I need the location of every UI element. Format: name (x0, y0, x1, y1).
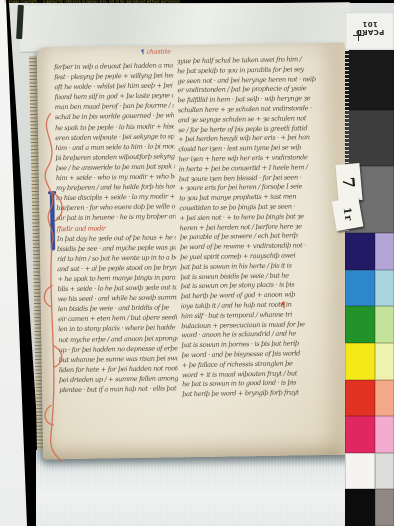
color-patch (345, 306, 375, 343)
digitized-manuscript-photo: ¶ chastite ferþer in wiþ a deuout þei ha… (0, 0, 394, 526)
folio-tab: 7 (335, 163, 362, 202)
color-patch (375, 416, 394, 453)
grayscale-patch (345, 110, 394, 166)
folio-tab-label: 1r (341, 206, 354, 222)
grayscale-patch (345, 50, 394, 110)
color-patch (345, 453, 375, 490)
color-patch (345, 416, 375, 453)
color-patch (345, 233, 375, 270)
color-calibration-bar: PCARD 101 (345, 0, 394, 526)
color-patch (345, 489, 375, 526)
color-patch-row (345, 416, 394, 453)
folio-tab: 1r (332, 197, 364, 231)
text-line: plentee · but if a man haþ not · ellis þ… (59, 383, 178, 395)
folio-tab-label: 7 (339, 176, 359, 189)
calibration-card: PCARD 101 (345, 12, 394, 50)
color-patch (375, 343, 394, 380)
color-patch-row (345, 306, 394, 343)
text-column-left: ferþer in wiþ a deuout þei hadden a maad… (54, 60, 178, 400)
running-header: ¶ chastite (141, 48, 171, 56)
watermark-line: image copyright — supplied for reference… (9, 0, 180, 3)
color-patch-row (345, 343, 394, 380)
crosshair-icon (353, 30, 364, 41)
manuscript-page: ¶ chastite ferþer in wiþ a deuout þei ha… (37, 43, 351, 460)
watermark-text: © image copyright — supplied for referen… (4, 0, 180, 3)
color-patch-row (345, 233, 394, 270)
paraph-icon: ¶ (141, 49, 145, 56)
color-patch (345, 380, 375, 417)
color-patch (375, 270, 394, 307)
color-patch (345, 343, 375, 380)
color-patch (375, 233, 394, 270)
color-patch (345, 270, 375, 307)
color-patch-row (345, 270, 394, 307)
running-header-title: chastite (147, 48, 171, 55)
color-checker-patches (345, 233, 394, 526)
cloth-below-page (36, 450, 348, 526)
color-patch (375, 489, 394, 526)
color-patch (375, 453, 394, 490)
decorated-initial (50, 193, 55, 250)
color-patch-row (345, 380, 394, 417)
text-line: dir þat is in heuene · he is my broþer a… (56, 212, 175, 224)
color-patch-row (345, 453, 394, 490)
color-patch (375, 380, 394, 417)
text-line: þat heriþ þe word + bryngiþ forþ fruyt (182, 388, 344, 400)
paraph-mark: ¶ (281, 300, 286, 310)
color-patch-row (345, 489, 394, 526)
color-patch (375, 306, 394, 343)
text-column-right: ȝyue þe half schal be taken awei fro him… (177, 55, 344, 402)
